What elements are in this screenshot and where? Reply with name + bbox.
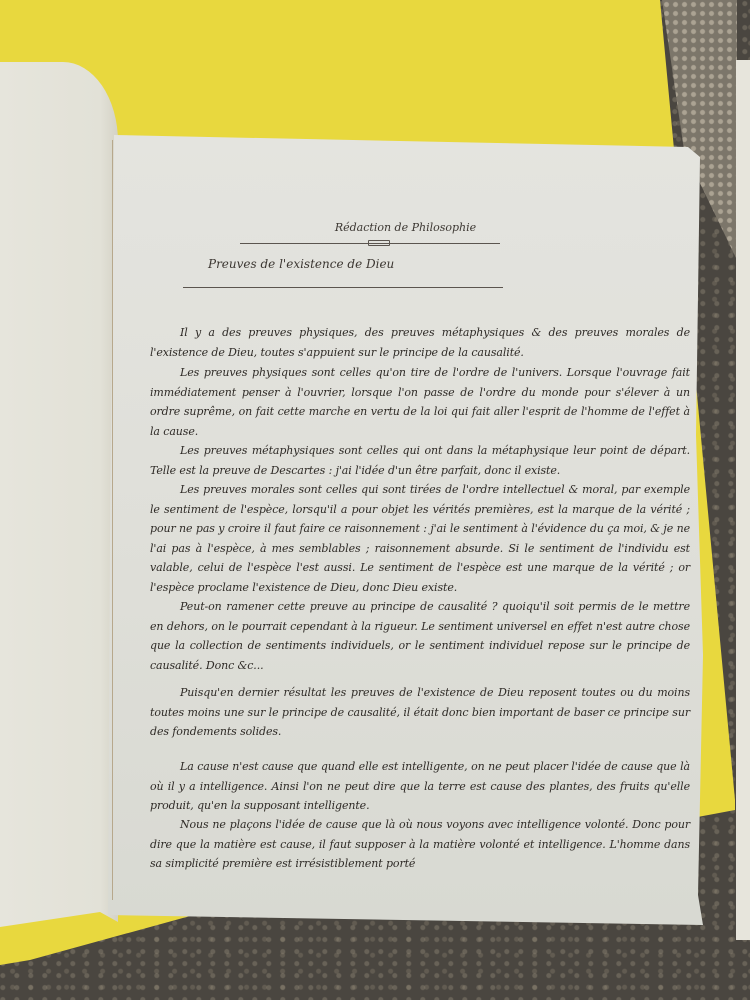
paragraph-6: Puisqu'en dernier résultat les preuves d… [150, 683, 690, 742]
paragraph-8: Nous ne plaçons l'idée de cause que là o… [150, 815, 690, 874]
paragraph-5: Peut-on ramener cette preuve au principe… [150, 597, 690, 675]
manuscript-content: Rédaction de Philosophie Preuves de l'ex… [108, 135, 703, 925]
manuscript-heading: Rédaction de Philosophie [108, 221, 703, 234]
left-blank-page [0, 62, 118, 932]
paragraph-1: Il y a des preuves physiques, des preuve… [150, 323, 690, 362]
manuscript-page: Rédaction de Philosophie Preuves de l'ex… [108, 135, 703, 925]
heading-rule-ornament [368, 240, 390, 246]
paragraph-4: Les preuves morales sont celles qui sont… [150, 480, 690, 597]
paragraph-2: Les preuves physiques sont celles qu'on … [150, 363, 690, 441]
adjacent-page-edge [736, 60, 750, 940]
page-spine [112, 140, 113, 900]
paragraph-7: La cause n'est cause que quand elle est … [150, 757, 690, 816]
manuscript-subheading: Preuves de l'existence de Dieu [208, 257, 394, 271]
subheading-rule [183, 287, 503, 288]
paragraph-3: Les preuves métaphysiques sont celles qu… [150, 441, 690, 480]
